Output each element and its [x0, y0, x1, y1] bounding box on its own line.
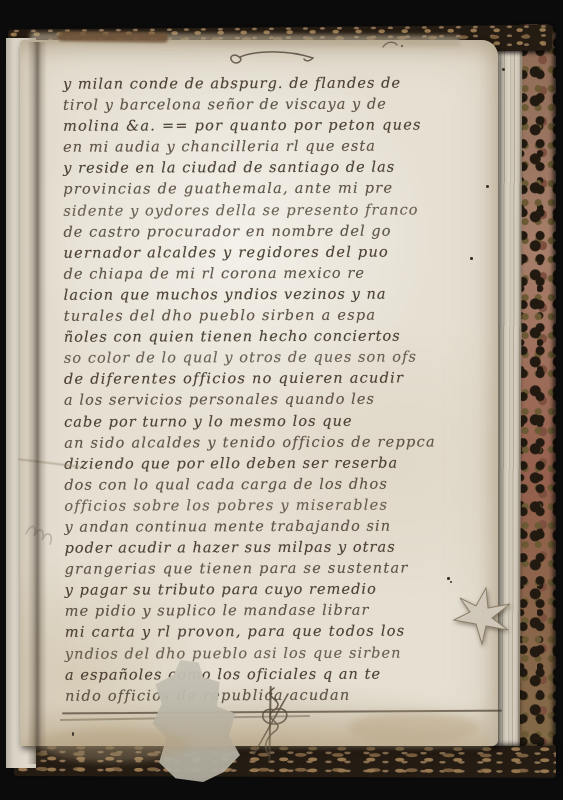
manuscript-line: y milan conde de abspurg. de flandes de — [63, 73, 475, 96]
manuscript-line: sidente y oydores della se presento fran… — [63, 200, 475, 223]
manuscript-line: provincias de guathemala, ante mi pre — [63, 179, 475, 202]
manuscript-line: an sido alcaldes y tenido officios de re… — [64, 432, 476, 455]
ink-speck — [470, 257, 473, 260]
manuscript-line: cabe por turno y lo mesmo los que — [64, 411, 476, 434]
manuscript-line: grangerias que tienen para se sustentar — [65, 558, 477, 581]
manuscript-line: y andan continua mente trabajando sin — [64, 516, 476, 539]
manuscript-line: poder acudir a hazer sus milpas y otras — [65, 537, 477, 560]
manuscript-line: officios sobre los pobres y miserables — [64, 495, 476, 518]
manuscript-line: tirol y barcelona señor de viscaya y de — [63, 94, 475, 117]
manuscript-line: y reside en la ciudad de santiago de las — [63, 158, 475, 181]
manuscript-line: lacion que muchos yndios vezinos y na — [64, 284, 476, 307]
manuscript-line: molina &a. == por quanto por peton ques — [63, 115, 475, 138]
manuscript-line: de castro procurador en nombre del go — [63, 221, 475, 244]
ink-speck — [447, 577, 450, 580]
ink-speck — [72, 732, 74, 736]
manuscript-line: y pagar su tributo para cuyo remedio — [65, 580, 477, 603]
text-block: y milan conde de abspurg. de flandes de … — [63, 73, 477, 707]
manuscript-line: diziendo que por ello deben ser reserba — [64, 453, 476, 476]
manuscript-line: so color de lo qual y otros de ques son … — [64, 347, 476, 370]
manuscript-line: de chiapa de mi rl corona mexico re — [64, 263, 476, 286]
manuscript-line: ñoles con quien tienen hecho conciertos — [64, 326, 476, 349]
manuscript-line: turales del dho pueblo sirben a espa — [64, 305, 476, 328]
top-flourish-icon — [225, 46, 321, 70]
marbled-cover-edge — [518, 24, 556, 772]
water-stain-blob — [348, 712, 478, 744]
corner-curl-icon — [380, 38, 406, 52]
ink-speck — [450, 581, 452, 583]
manuscript-line: uernador alcaldes y regidores del puo — [63, 242, 475, 265]
photo-backdrop: y milan conde de abspurg. de flandes de … — [0, 0, 563, 800]
manuscript-line: de diferentes officios no quieren acudir — [64, 369, 476, 392]
manuscript-line: mi carta y rl provon, para que todos los — [65, 622, 477, 645]
gutter-shadow — [27, 42, 47, 764]
water-stain-blob — [38, 728, 188, 762]
top-torn-chunk — [58, 31, 168, 43]
manuscript-line: a los servicios personales quando les — [64, 390, 476, 413]
ink-speck — [486, 185, 489, 188]
ink-speck — [502, 68, 505, 71]
torn-paper-tab — [452, 586, 514, 646]
manuscript-line: me pidio y suplico le mandase librar — [65, 601, 477, 624]
manuscript-line: en mi audia y chancilleria rl que esta — [63, 137, 475, 160]
manuscript-line: dos con lo qual cada carga de los dhos — [64, 474, 476, 497]
manuscript-page: y milan conde de abspurg. de flandes de … — [20, 40, 498, 746]
manuscript-line: yndios del dho pueblo asi los que sirben — [65, 643, 477, 666]
